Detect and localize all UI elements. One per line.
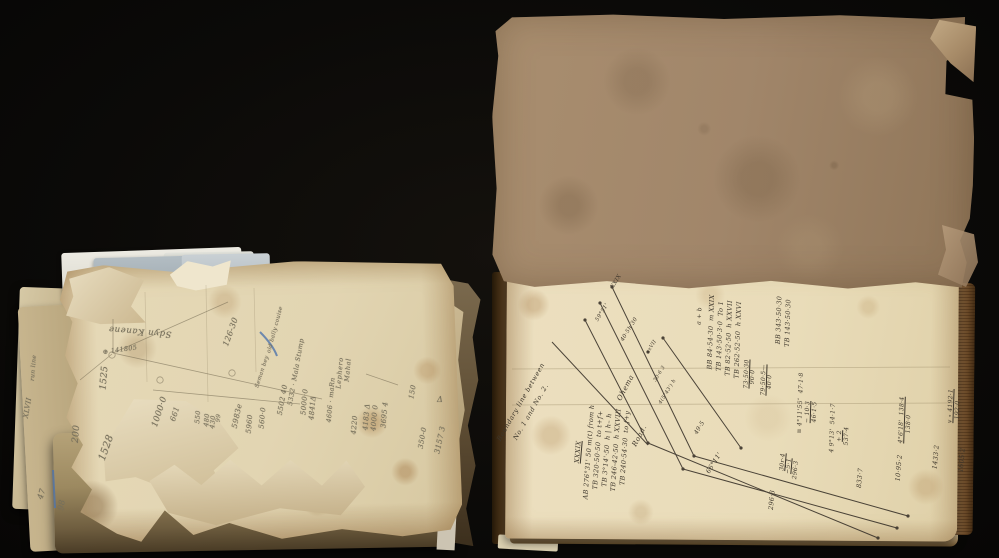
photo-stage: Sdyn Kanene⊕ 141805126-30old bally couis… bbox=[0, 0, 999, 558]
right-notebook-page bbox=[505, 266, 959, 541]
kraft-cover bbox=[491, 12, 974, 291]
